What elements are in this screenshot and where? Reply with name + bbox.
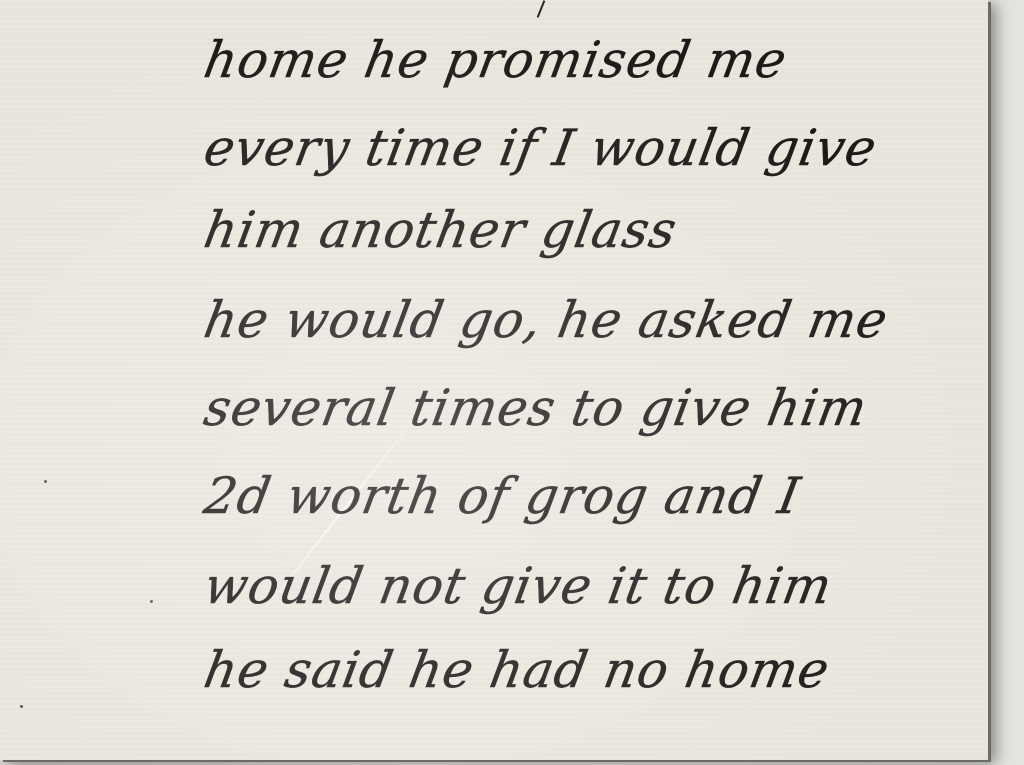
handwritten-line-8: he said he had no home xyxy=(200,640,966,700)
paper-speck xyxy=(44,480,47,483)
paper-speck xyxy=(20,705,23,708)
letter-page: home he promised me every time if I woul… xyxy=(0,0,988,760)
handwritten-line-3: him another glass xyxy=(200,200,966,260)
ink-stroke-from-previous-line xyxy=(537,0,546,17)
paper-speck xyxy=(150,600,153,603)
handwritten-line-6: 2d worth of grog and I xyxy=(200,466,966,526)
handwritten-line-2: every time if I would give xyxy=(200,118,966,178)
handwritten-line-5: several times to give him xyxy=(200,378,966,438)
handwritten-line-4: he would go, he asked me xyxy=(200,290,966,350)
handwritten-line-7: would not give it to him xyxy=(200,556,966,616)
handwritten-line-1: home he promised me xyxy=(200,30,966,90)
